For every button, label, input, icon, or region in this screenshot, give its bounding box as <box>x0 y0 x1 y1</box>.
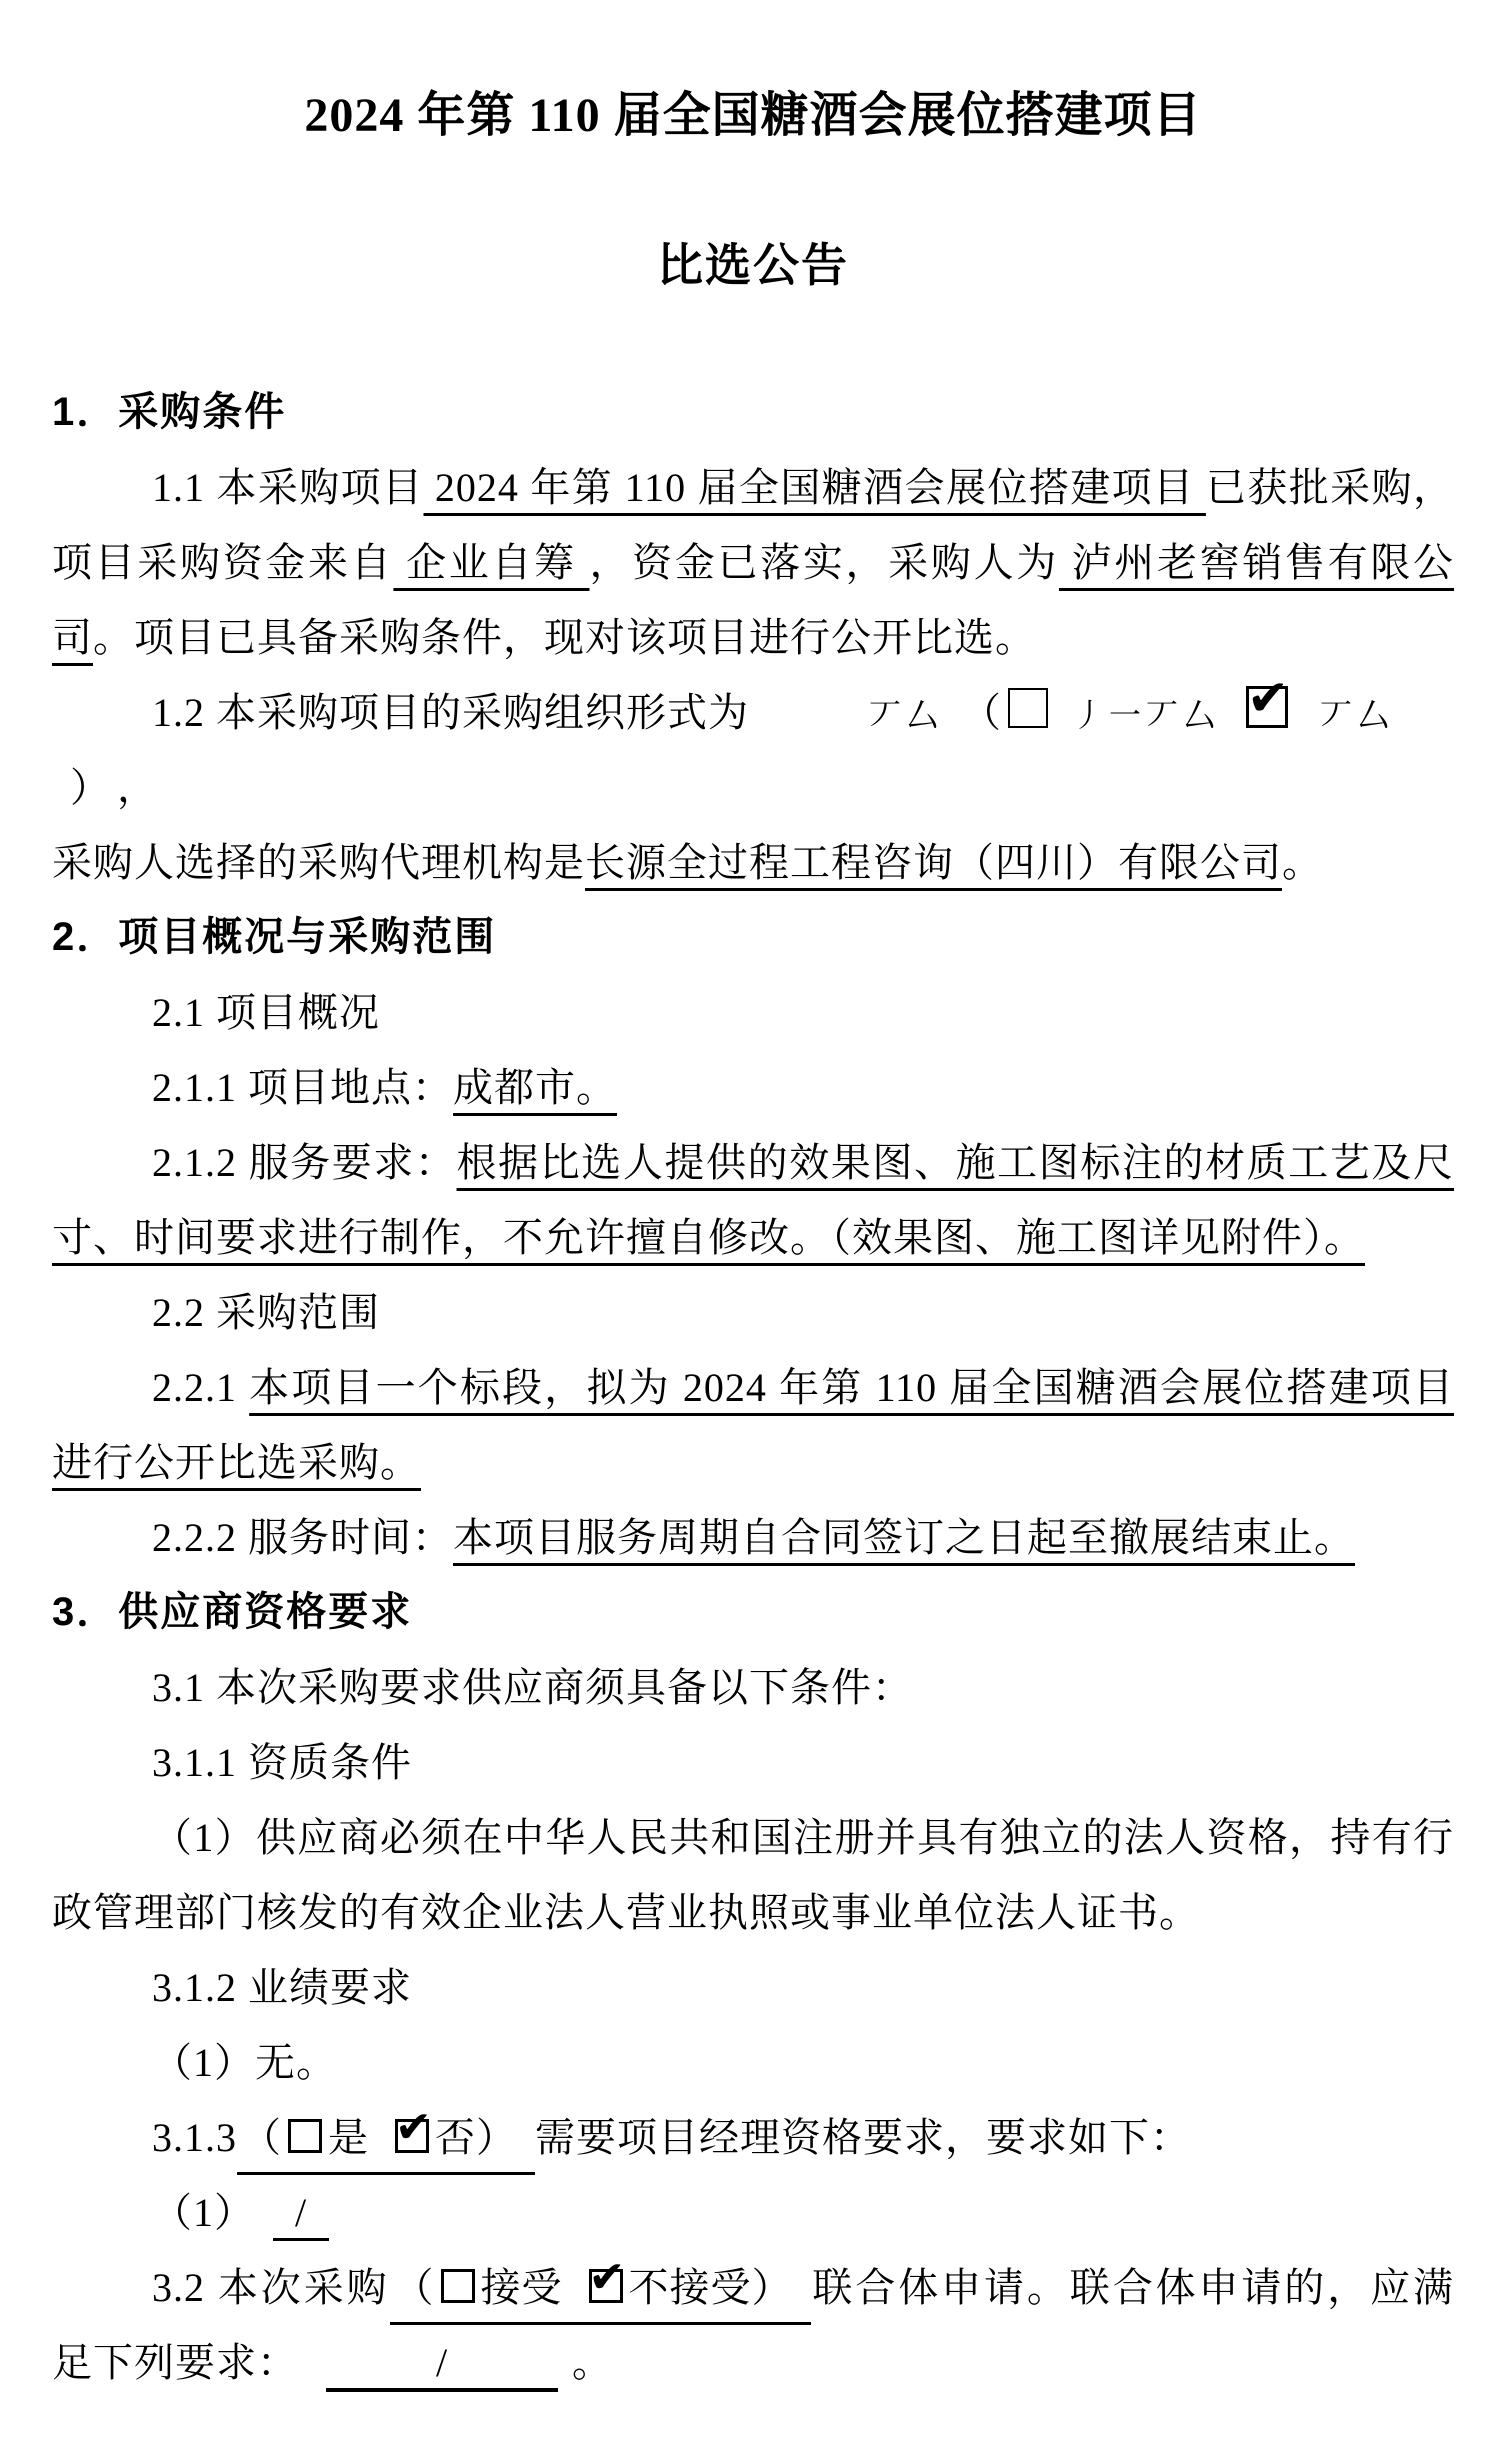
para-3-2-lead: 3.2 本次采购 <box>152 2265 390 2310</box>
para-2-1-1: 2.1.1 项目地点：成都市。 <box>52 1050 1454 1125</box>
option-not-accept-label: 不接受 <box>629 2265 752 2310</box>
blank-slash-field: / <box>326 2339 558 2392</box>
document-title: 2024 年第 110 届全国糖酒会展位搭建项目 <box>52 76 1454 156</box>
checkbox-not-accept-checked: ✔ <box>589 2269 623 2303</box>
corrupted-glyph-fragment: 丆厶 <box>1320 690 1394 736</box>
checkbox-checked: ✔ <box>1246 686 1288 728</box>
subheading-3-1-1: 3.1.1 资质条件 <box>52 1725 1454 1800</box>
para-1-1: 1.1 本采购项目 2024 年第 110 届全国糖酒会展位搭建项目 已获批采购… <box>52 450 1454 675</box>
para-1-2-line2: 采购人选择的采购代理机构是长源全过程工程咨询（四川）有限公司。 <box>52 825 1454 900</box>
para-2-2-1: 2.2.1 本项目一个标段，拟为 2024 年第 110 届全国糖酒会展位搭建项… <box>52 1350 1454 1500</box>
comma: ， <box>117 765 158 810</box>
project-name-field: 2024 年第 110 届全国糖酒会展位搭建项目 <box>424 465 1206 510</box>
agency-name-field: 长源全过程工程咨询（四川）有限公司 <box>585 840 1282 885</box>
para-1-2-lead: 1.2 本采购项目的采购组织形式为 <box>152 690 749 735</box>
option-yes-label: 是 <box>328 2115 369 2160</box>
para-2-1-2: 2.1.2 服务要求：根据比选人提供的效果图、施工图标注的材质工艺及尺寸、时间要… <box>52 1125 1454 1275</box>
para-2-1-1-label: 2.1.1 项目地点： <box>152 1065 453 1110</box>
agency-tail: 。 <box>1282 840 1323 885</box>
option-no-label: 否 <box>435 2115 476 2160</box>
paren-open: （ <box>394 2265 435 2310</box>
para-2-2-2-label: 2.2.2 服务时间： <box>152 1515 453 1560</box>
paren-close: ） <box>70 765 91 810</box>
paren-close: ） <box>752 2265 793 2310</box>
checkbox-yes-unchecked <box>288 2119 322 2153</box>
paren-open: （ <box>961 690 1002 735</box>
document-subtitle: 比选公告 <box>52 228 1454 303</box>
spacer <box>52 303 1454 375</box>
fund-source-field: 企业自筹 <box>393 540 589 585</box>
corrupted-glyph-fragment: 丆厶 <box>869 690 943 736</box>
section-1-heading: 1．采购条件 <box>52 375 1454 450</box>
para-3-1-3: 3.1.3（是✔否）需要项目经理资格要求，要求如下： <box>52 2100 1454 2175</box>
para-3-2: 3.2 本次采购（接受✔不接受）联合体申请。联合体申请的，应满足下列要求：/。 <box>52 2250 1454 2400</box>
agency-lead: 采购人选择的采购代理机构是 <box>52 840 585 885</box>
para-2-2-1-label: 2.2.1 <box>152 1365 249 1410</box>
para-2-1-2-label: 2.1.2 服务要求： <box>152 1140 457 1185</box>
paren-open: （ <box>241 2115 282 2160</box>
blank-slash-value: / <box>436 2340 448 2385</box>
para-1-2-line1: 1.2 本采购项目的采购组织形式为丆厶（丿一丆厶✔丆厶）， <box>52 675 1454 825</box>
option-accept-label: 接受 <box>481 2265 563 2310</box>
subheading-3-1-2: 3.1.2 业绩要求 <box>52 1950 1454 2025</box>
para-3-2-tail: 。 <box>572 2340 613 2385</box>
subheading-2-1: 2.1 项目概况 <box>52 975 1454 1050</box>
para-3-1-1-item1: （1）供应商必须在中华人民共和国注册并具有独立的法人资格，持有行政管理部门核发的… <box>52 1800 1454 1950</box>
blank-slash-value: / <box>295 2190 307 2235</box>
document-page: 2024 年第 110 届全国糖酒会展位搭建项目 比选公告 1．采购条件 1.1… <box>0 0 1500 2439</box>
para-3-1-3-tail: 需要项目经理资格要求，要求如下： <box>535 2115 1191 2160</box>
project-manager-requirement-options: （是✔否） <box>237 2106 535 2175</box>
para-1-1-tail: 。项目已具备采购条件，现对该项目进行公开比选。 <box>93 615 1036 660</box>
bid-section-field: 本项目一个标段，拟为 2024 年第 110 届全国糖酒会展位搭建项目进行公开比… <box>52 1365 1454 1485</box>
section-3-heading: 3．供应商资格要求 <box>52 1575 1454 1650</box>
paren-close: ） <box>476 2115 517 2160</box>
para-3-1: 3.1 本次采购要求供应商须具备以下条件： <box>52 1650 1454 1725</box>
checkbox-no-checked: ✔ <box>395 2119 429 2153</box>
corrupted-glyph-fragment: 丿一丆厶 <box>1072 690 1220 736</box>
blank-slash-field: / <box>273 2189 329 2241</box>
spacer <box>52 156 1454 228</box>
project-location-field: 成都市。 <box>453 1065 617 1110</box>
checkbox-accept-unchecked <box>441 2269 475 2303</box>
para-3-1-3-item1: （1）/ <box>52 2175 1454 2250</box>
service-time-field: 本项目服务周期自合同签订之日起至撤展结束止。 <box>453 1515 1355 1560</box>
checkbox-unchecked <box>1008 688 1048 728</box>
para-3-1-3-label: 3.1.3 <box>152 2115 237 2160</box>
para-1-1-mid2: ，资金已落实，采购人为 <box>589 540 1058 585</box>
para-1-1-lead: 1.1 本采购项目 <box>152 465 424 510</box>
section-2-heading: 2．项目概况与采购范围 <box>52 900 1454 975</box>
subheading-2-2: 2.2 采购范围 <box>52 1275 1454 1350</box>
consortium-options: （接受✔不接受） <box>390 2256 811 2325</box>
check-icon: ✔ <box>395 2106 433 2150</box>
check-icon: ✔ <box>1247 673 1290 723</box>
check-icon: ✔ <box>589 2256 627 2300</box>
para-3-1-3-item1-label: （1） <box>152 2190 255 2235</box>
para-3-1-2-item1: （1）无。 <box>52 2025 1454 2100</box>
para-2-2-2: 2.2.2 服务时间：本项目服务周期自合同签订之日起至撤展结束止。 <box>52 1500 1454 1575</box>
